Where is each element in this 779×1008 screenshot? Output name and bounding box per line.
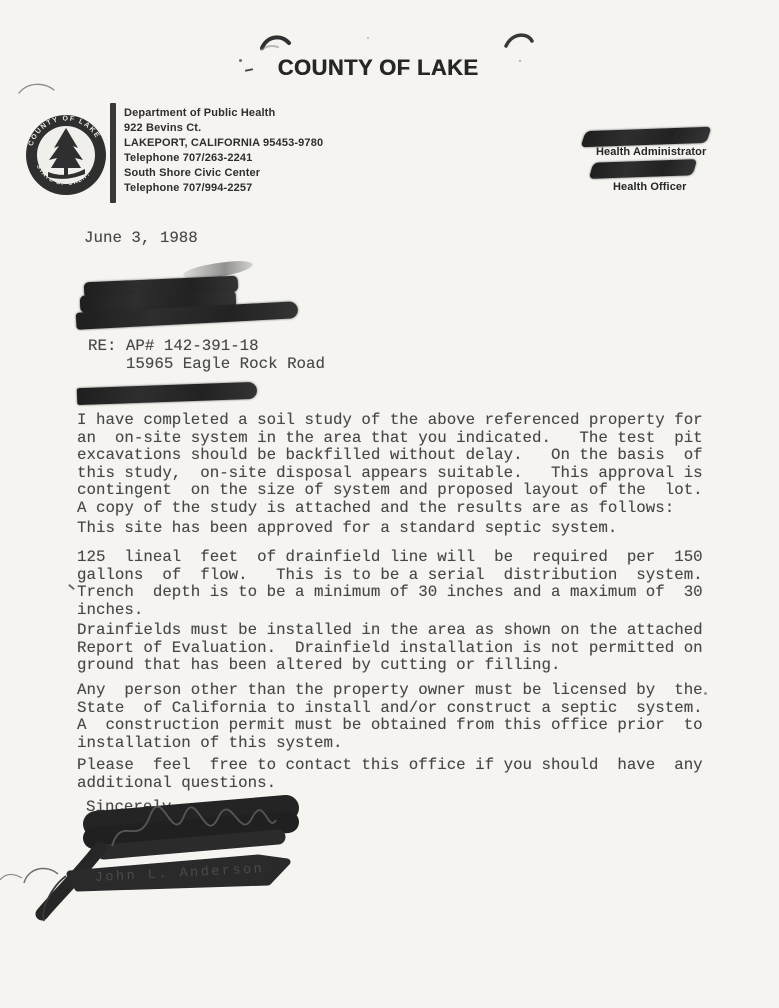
ink-smudge-left-icon — [258, 32, 294, 54]
redacted-signature-block: John L. Anderson — [0, 790, 360, 940]
redacted-salutation — [77, 382, 257, 405]
paragraph-installation-area: Drainfields must be installed in the are… — [77, 622, 703, 675]
paragraph-license-permit: Any person other than the property owner… — [77, 682, 703, 752]
health-officer-title: Health Officer — [613, 181, 687, 193]
paragraph-soil-study: I have completed a soil study of the abo… — [77, 412, 703, 517]
letter-date: June 3, 1988 — [84, 230, 198, 248]
letterhead-line: South Shore Civic Center — [124, 166, 323, 181]
redacted-administrator-name — [580, 127, 711, 148]
letterhead-address-block: Department of Public Health 922 Bevins C… — [124, 106, 323, 195]
letterhead-line: Telephone 707/994-2257 — [124, 181, 323, 196]
scan-arc-mark-top-left — [16, 80, 58, 98]
letterhead-divider — [110, 103, 116, 203]
county-seal-icon: COUNTY OF LAKE STATE OF CALIF. — [23, 111, 109, 199]
letterhead-line: LAKEPORT, CALIFORNIA 95453-9780 — [124, 136, 323, 151]
page-title: COUNTY OF LAKE — [268, 55, 488, 81]
paragraph-drainfield-specs: 125 lineal feet of drainfield line will … — [77, 549, 703, 619]
health-administrator-title: Health Administrator — [596, 146, 706, 158]
scanned-letter-page: COUNTY OF LAKE COUNTY OF LAKE STATE OF C… — [0, 0, 779, 1008]
scan-speck — [239, 59, 242, 62]
scan-arc-mark-bottom-left — [24, 868, 58, 883]
scan-dash-mark — [245, 68, 253, 72]
paragraph-approval: This site has been approved for a standa… — [77, 520, 617, 538]
letterhead-line: 922 Bevins Ct. — [124, 121, 323, 136]
scan-speck — [367, 37, 369, 39]
letterhead-line: Telephone 707/263-2241 — [124, 151, 323, 166]
scan-speck — [704, 692, 707, 695]
paragraph-contact: Please feel free to contact this office … — [77, 757, 703, 792]
ink-smudge-right-icon — [502, 28, 536, 52]
scan-speck — [519, 60, 521, 62]
reference-block: RE: AP# 142-391-18 15965 Eagle Rock Road — [88, 338, 325, 373]
letterhead-line: Department of Public Health — [124, 106, 323, 121]
scan-tick-mark — [68, 584, 75, 590]
redacted-officer-name — [589, 159, 698, 179]
